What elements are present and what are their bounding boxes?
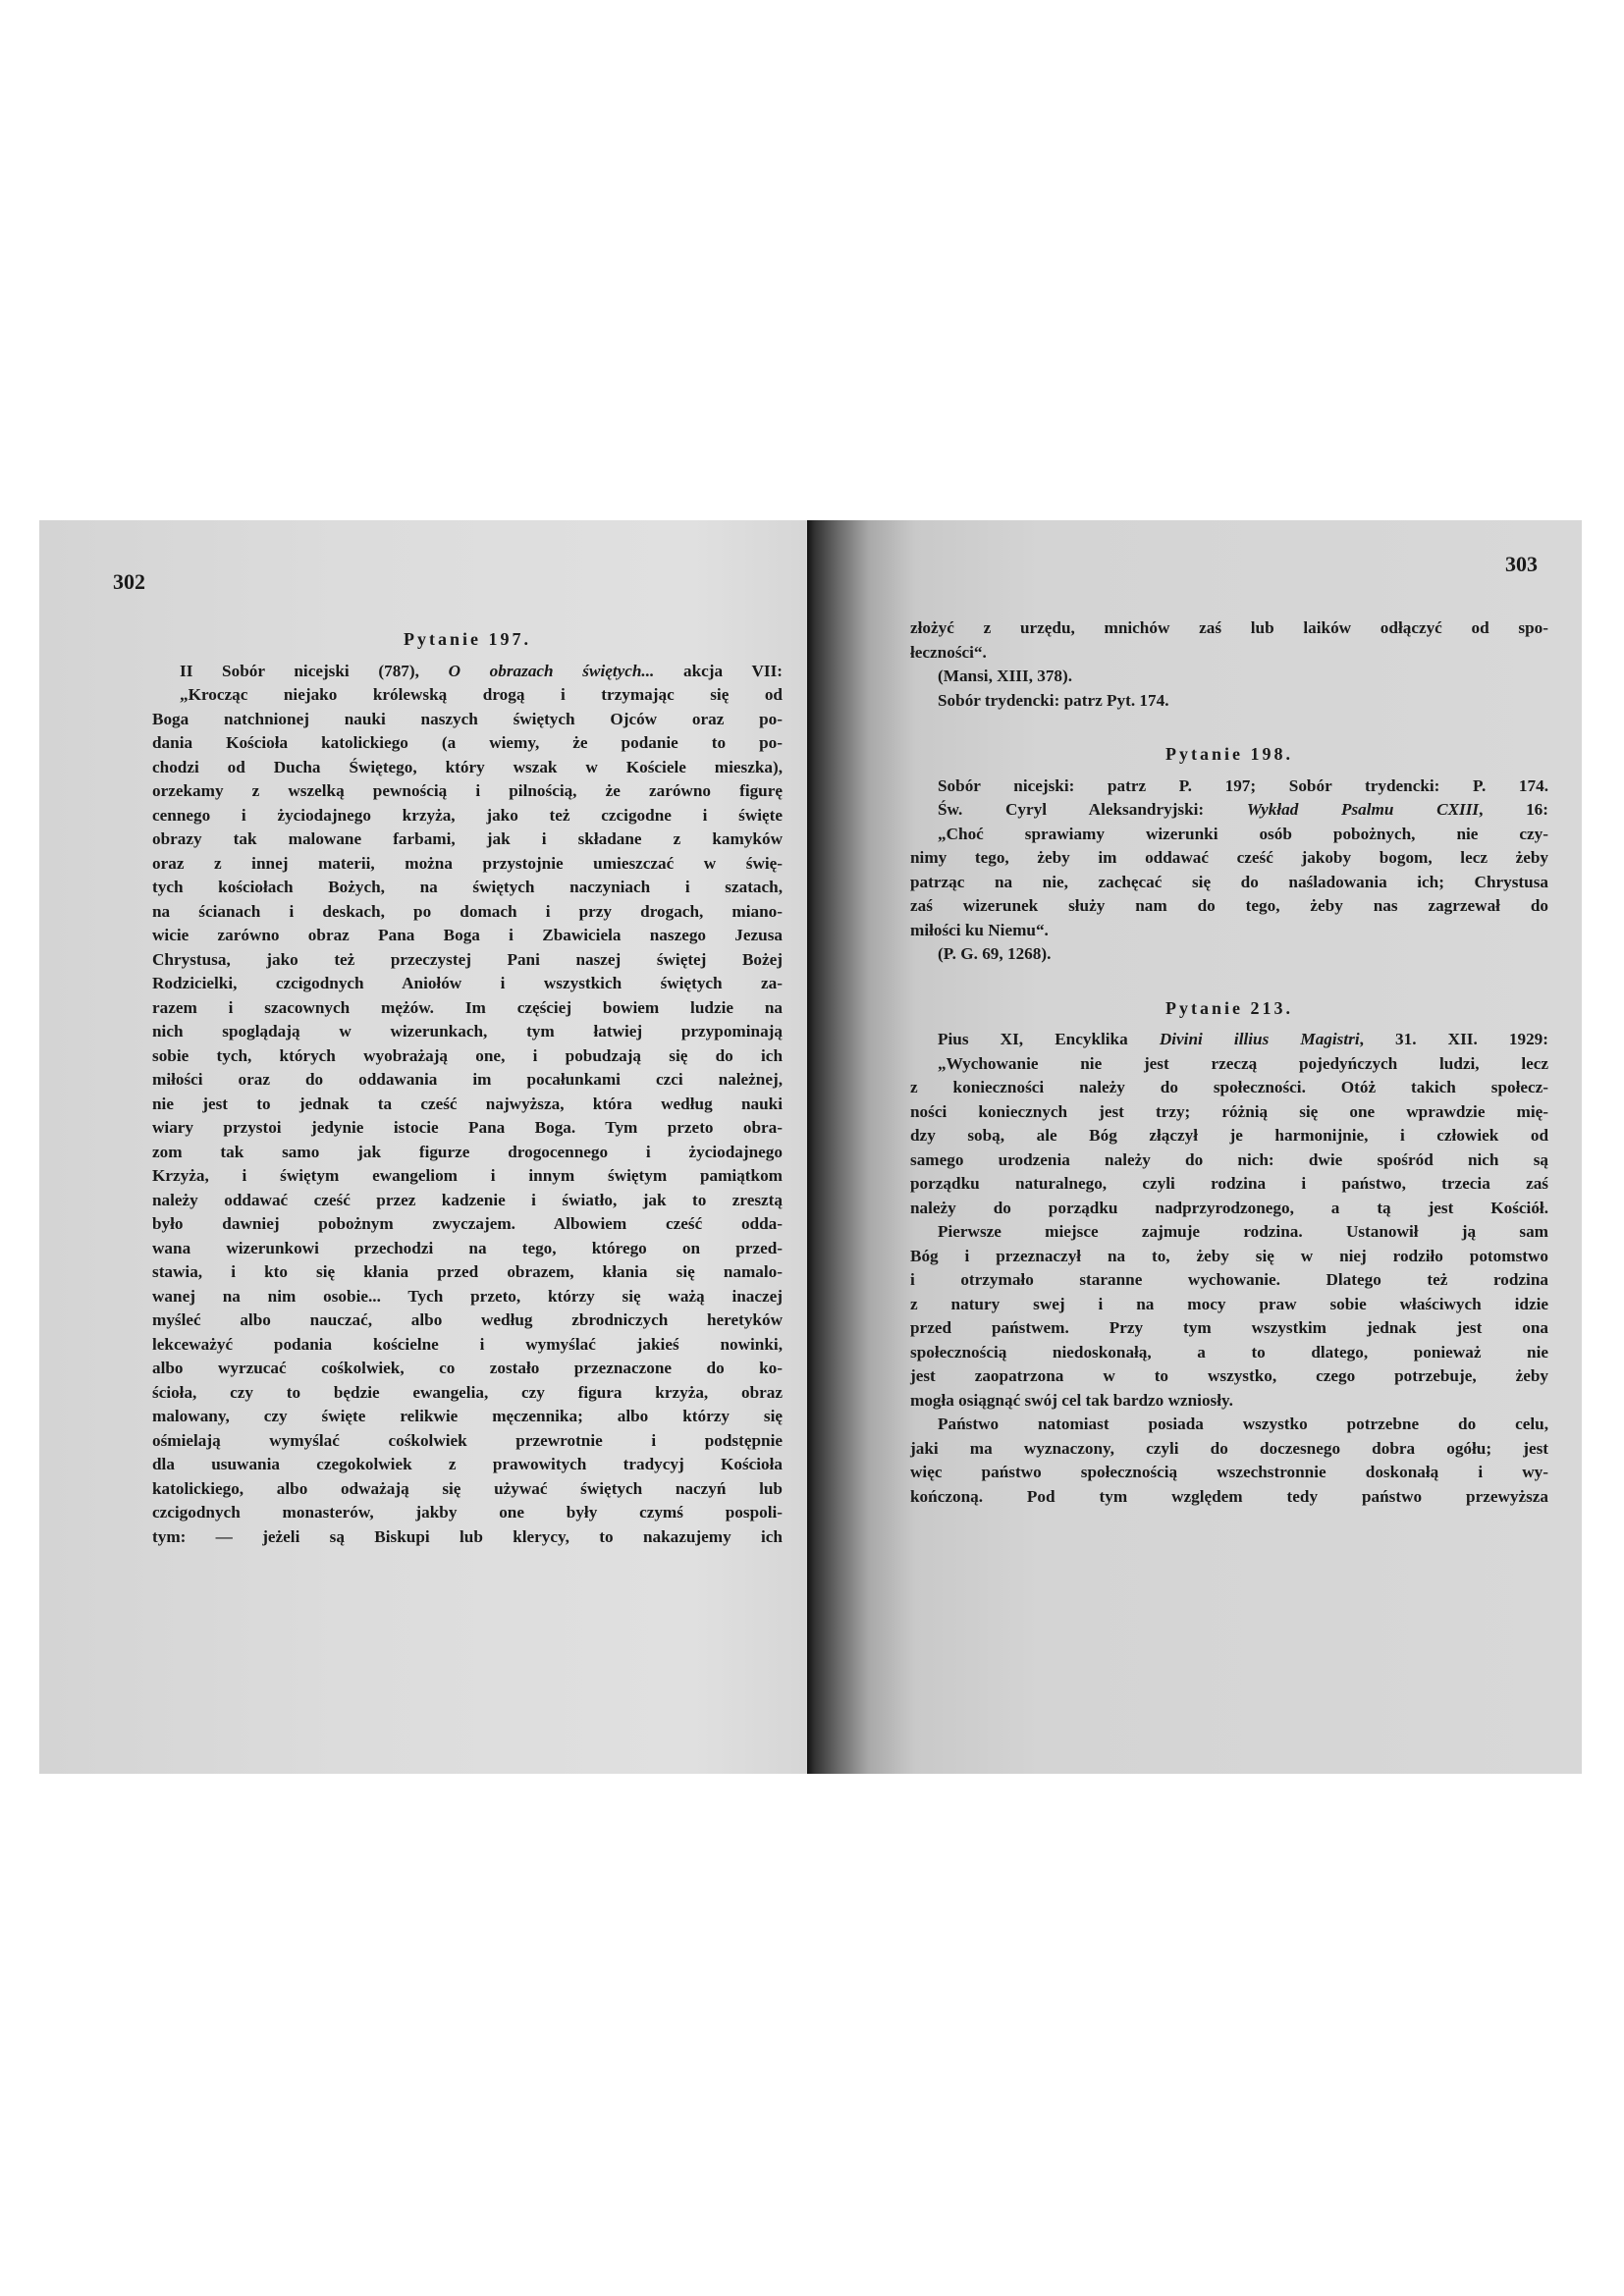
text-line: oraz z innej materii, można przystojnie … — [152, 852, 783, 877]
section-213-text: Pius XI, Encyklika Divini illius Magistr… — [910, 1028, 1548, 1509]
text-line: nimy tego, żeby im oddawać cześć jakoby … — [910, 846, 1548, 871]
text-line: II Sobór nicejski (787), O obrazach świę… — [152, 660, 783, 684]
text-line: lekceważyć podania kościelne i wymyślać … — [152, 1333, 783, 1358]
scanned-book-spread: 302 Pytanie 197. II Sobór nicejski (787)… — [39, 520, 1582, 1774]
text-line: wicie zarówno obraz Pana Boga i Zbawicie… — [152, 924, 783, 948]
text-line: mogła osiągnąć swój cel tak bardzo wznio… — [910, 1389, 1548, 1414]
text-line: ścioła, czy to będzie ewangelia, czy fig… — [152, 1381, 783, 1406]
text-line: z konieczności należy do społeczności. O… — [910, 1076, 1548, 1100]
text-line: wanej na nim osobie... Tych przeto, któr… — [152, 1285, 783, 1309]
text-line: zaś wizerunek służy nam do tego, żeby na… — [910, 894, 1548, 919]
text-line: „Krocząc niejako królewską drogą i trzym… — [152, 683, 783, 708]
text-line: (P. G. 69, 1268). — [910, 942, 1548, 967]
text-line: myśleć albo nauczać, albo według zbrodni… — [152, 1308, 783, 1333]
text-line: dzy sobą, ale Bóg złączył je harmonijnie… — [910, 1124, 1548, 1148]
text-line: „Wychowanie nie jest rzeczą pojedyńczych… — [910, 1052, 1548, 1077]
text-line: było dawniej pobożnym zwyczajem. Albowie… — [152, 1212, 783, 1237]
text-line: katolickiego, albo odważają się używać ś… — [152, 1477, 783, 1502]
text-line: społecznością niedoskonałą, a to dlatego… — [910, 1341, 1548, 1365]
right-page: 303 złożyć z urzędu, mnichów zaś lub lai… — [807, 520, 1582, 1774]
text-line: Chrystusa, jako też przeczystej Pani nas… — [152, 948, 783, 973]
text-line: Bóg i przeznaczył na to, żeby się w niej… — [910, 1245, 1548, 1269]
text-line: samego urodzenia należy do nich: dwie sp… — [910, 1148, 1548, 1173]
text-line: Pierwsze miejsce zajmuje rodzina. Ustano… — [910, 1220, 1548, 1245]
text-line: Sobór trydencki: patrz Pyt. 174. — [910, 689, 1548, 714]
text-line: jest zaopatrzona w to wszystko, czego po… — [910, 1364, 1548, 1389]
text-line: dania Kościoła katolickiego (a wiemy, że… — [152, 731, 783, 756]
text-line: ności koniecznych jest trzy; różnią się … — [910, 1100, 1548, 1125]
text-line: chodzi od Ducha Świętego, który wszak w … — [152, 756, 783, 780]
continuation-text: złożyć z urzędu, mnichów zaś lub laików … — [910, 616, 1548, 713]
text-line: Państwo natomiast posiada wszystko potrz… — [910, 1413, 1548, 1437]
text-line: nich spoglądają w wizerunkach, tym łatwi… — [152, 1020, 783, 1044]
page-number: 302 — [113, 569, 145, 595]
text-line: miłości oraz do oddawania im pocałunkami… — [152, 1068, 783, 1093]
text-line: łeczności“. — [910, 641, 1548, 666]
text-line: sobie tych, których wyobrażają one, i po… — [152, 1044, 783, 1069]
text-line: malowany, czy święte relikwie męczennika… — [152, 1405, 783, 1429]
section-198-text: Sobór nicejski: patrz P. 197; Sobór tryd… — [910, 774, 1548, 967]
text-line: Pius XI, Encyklika Divini illius Magistr… — [910, 1028, 1548, 1052]
text-line: więc państwo społecznością wszechstronni… — [910, 1461, 1548, 1485]
text-line: obrazy tak malowane farbami, jak i skład… — [152, 828, 783, 852]
text-line: (Mansi, XIII, 378). — [910, 665, 1548, 689]
left-body-text: II Sobór nicejski (787), O obrazach świę… — [152, 660, 783, 1550]
text-line: dla usuwania czegokolwiek z prawowitych … — [152, 1453, 783, 1477]
text-line: nie jest to jednak ta cześć najwyższa, k… — [152, 1093, 783, 1117]
right-text-column: złożyć z urzędu, mnichów zaś lub laików … — [910, 616, 1548, 1509]
text-line: złożyć z urzędu, mnichów zaś lub laików … — [910, 616, 1548, 641]
text-line: na ścianach i deskach, po domach i przy … — [152, 900, 783, 925]
text-line: cennego i życiodajnego krzyża, jako też … — [152, 804, 783, 828]
text-line: należy oddawać cześć przez kadzenie i św… — [152, 1189, 783, 1213]
text-line: tych kościołach Bożych, na świętych nacz… — [152, 876, 783, 900]
section-heading-198: Pytanie 198. — [910, 742, 1548, 767]
page-number: 303 — [1505, 552, 1538, 577]
text-line: jaki ma wyznaczony, czyli do doczesnego … — [910, 1437, 1548, 1462]
text-line: wiary przystoi jedynie istocie Pana Boga… — [152, 1116, 783, 1141]
text-line: patrząc na nie, zachęcać się do naśladow… — [910, 871, 1548, 895]
text-line: kończoną. Pod tym względem tedy państwo … — [910, 1485, 1548, 1510]
text-line: tym: — jeżeli są Biskupi lub klerycy, to… — [152, 1525, 783, 1550]
text-line: Rodzicielki, czcigodnych Aniołów i wszys… — [152, 972, 783, 996]
text-line: i otrzymało staranne wychowanie. Dlatego… — [910, 1268, 1548, 1293]
section-heading: Pytanie 197. — [152, 627, 783, 652]
left-text-column: Pytanie 197. II Sobór nicejski (787), O … — [152, 623, 783, 1549]
left-page: 302 Pytanie 197. II Sobór nicejski (787)… — [39, 520, 807, 1774]
text-line: zom tak samo jak figurze drogocennego i … — [152, 1141, 783, 1165]
text-line: miłości ku Niemu“. — [910, 919, 1548, 943]
text-line: Św. Cyryl Aleksandryjski: Wykład Psalmu … — [910, 798, 1548, 823]
text-line: ośmielają wymyślać cośkolwiek przewrotni… — [152, 1429, 783, 1454]
text-line: Krzyża, i świętym ewangeliom i innym świ… — [152, 1164, 783, 1189]
text-line: przed państwem. Przy tym wszystkim jedna… — [910, 1316, 1548, 1341]
text-line: razem i szacownych mężów. Im częściej bo… — [152, 996, 783, 1021]
text-line: Boga natchnionej nauki naszych świętych … — [152, 708, 783, 732]
text-line: należy do porządku nadprzyrodzonego, a t… — [910, 1197, 1548, 1221]
text-line: albo wyrzucać cośkolwiek, co zostało prz… — [152, 1357, 783, 1381]
text-line: czcigodnych monasterów, jakby one były c… — [152, 1501, 783, 1525]
section-heading-213: Pytanie 213. — [910, 996, 1548, 1021]
text-line: wana wizerunkowi przechodzi na tego, któ… — [152, 1237, 783, 1261]
text-line: Sobór nicejski: patrz P. 197; Sobór tryd… — [910, 774, 1548, 799]
text-line: „Choć sprawiamy wizerunki osób pobożnych… — [910, 823, 1548, 847]
text-line: stawia, i kto się kłania przed obrazem, … — [152, 1260, 783, 1285]
text-line: z natury swej i na mocy praw sobie właśc… — [910, 1293, 1548, 1317]
text-line: orzekamy z wszelką pewnością i pilnością… — [152, 779, 783, 804]
text-line: porządku naturalnego, czyli rodzina i pa… — [910, 1172, 1548, 1197]
